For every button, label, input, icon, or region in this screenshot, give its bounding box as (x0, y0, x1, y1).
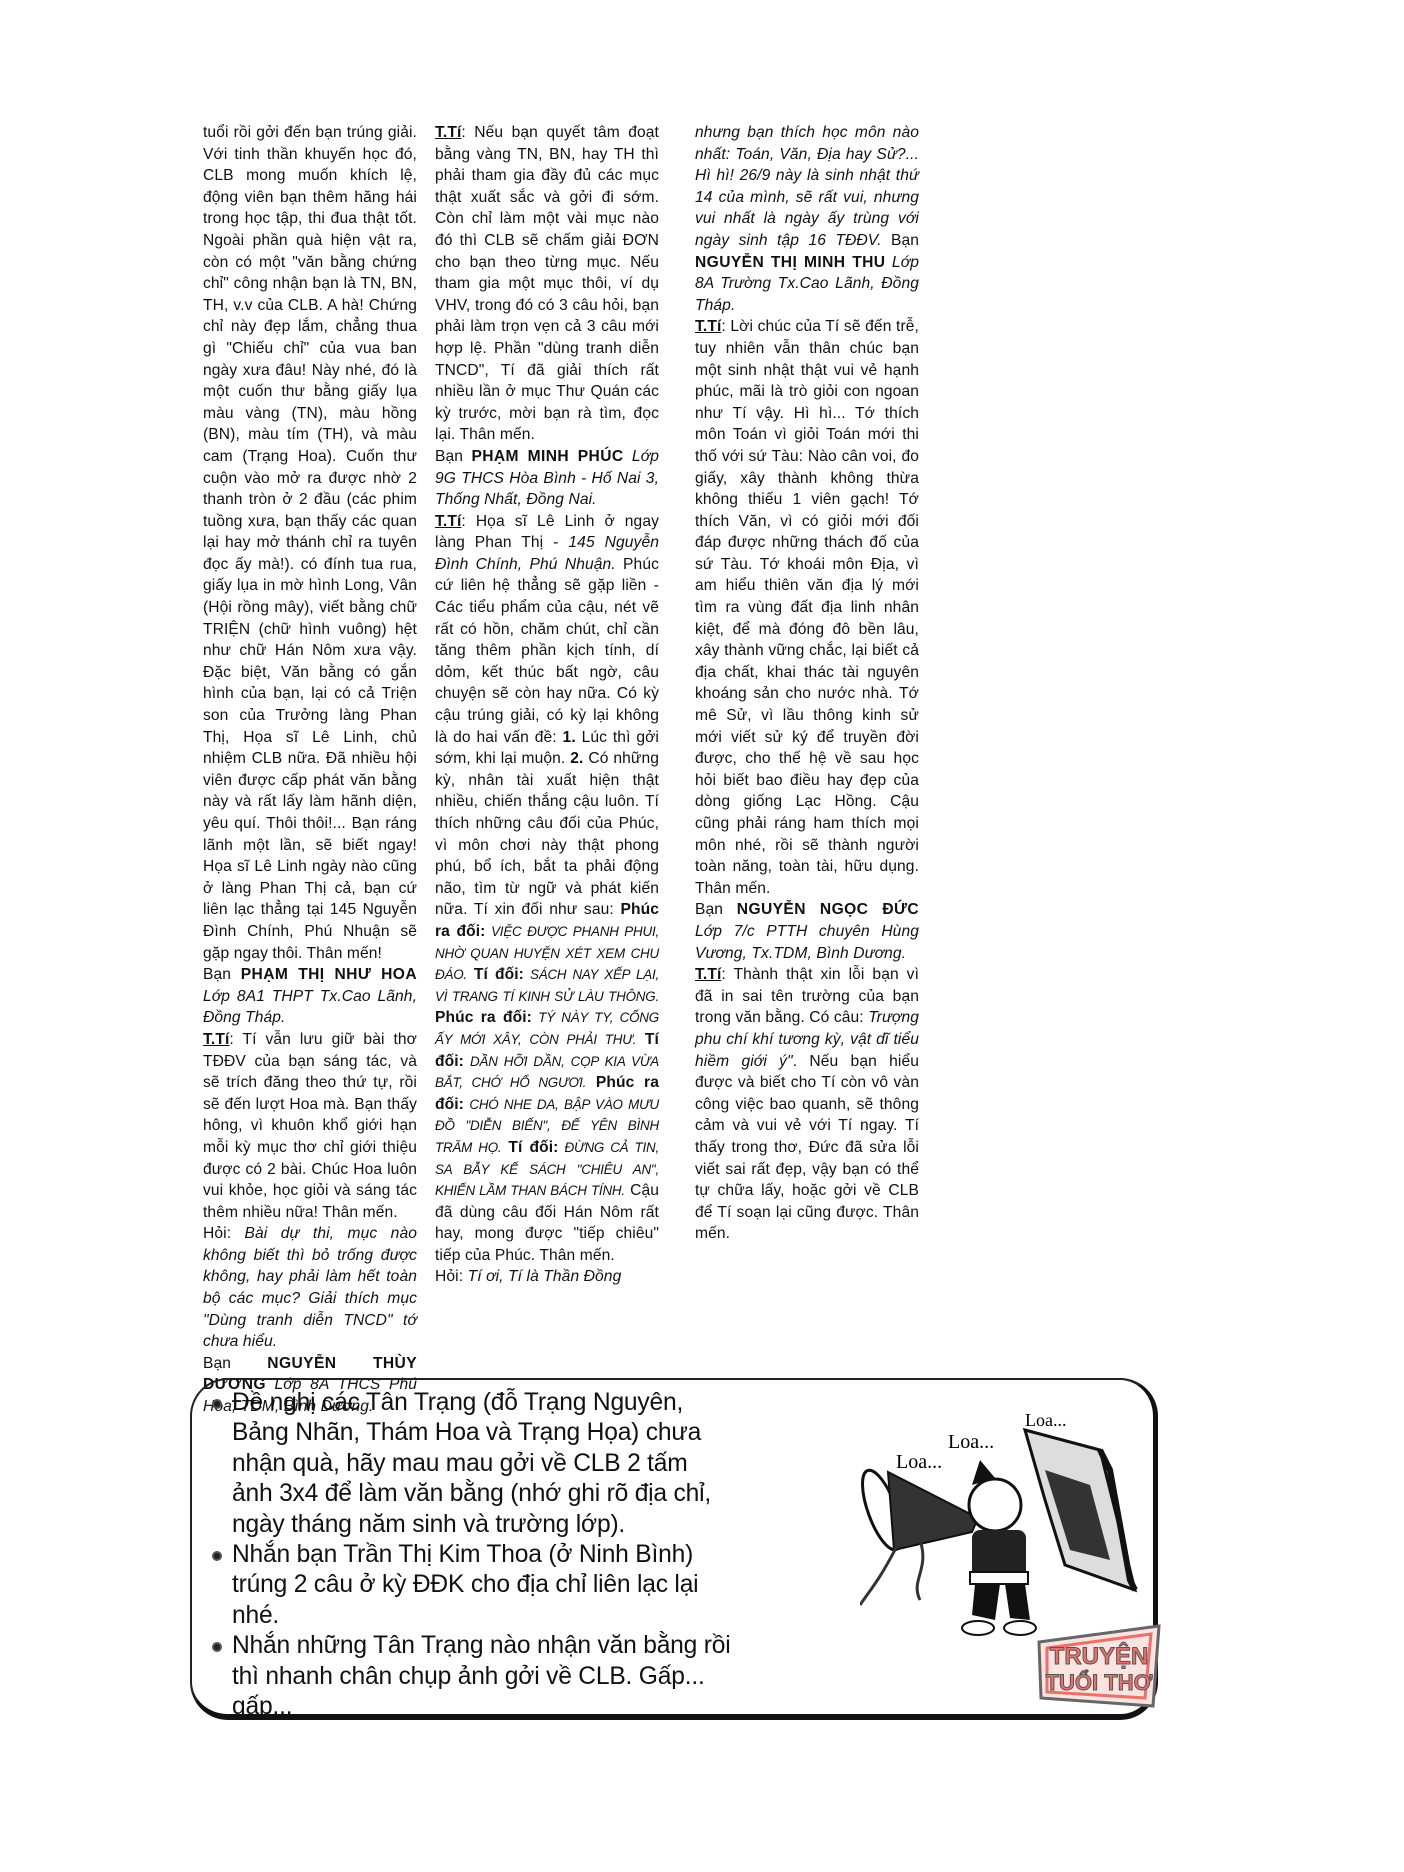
reply-label: T.Tí (435, 124, 461, 141)
reader-name: PHẠM MINH PHÚC (471, 448, 623, 465)
question-paragraph: Hỏi: Tí ơi, Tí là Thần Đồng (435, 1266, 659, 1288)
sound-text: Loa... (948, 1431, 994, 1453)
sound-text: Loa... (896, 1451, 942, 1473)
reader-letter-heading: Bạn PHẠM MINH PHÚC Lớp 9G THCS Hòa Bình … (435, 446, 659, 511)
couplet-label: Phúc ra đối: (435, 1009, 532, 1026)
reply-paragraph: T.Tí: Thành thật xin lỗi bạn vì đã in sa… (695, 964, 919, 1245)
notice-item: Đề nghị các Tân Trạng (đỗ Trạng Nguyên, … (212, 1388, 732, 1540)
notice-item: Nhắn những Tân Trạng nào nhận văn bằng r… (212, 1631, 732, 1722)
megaphone-icon (860, 1466, 978, 1605)
intro-paragraph: tuổi rồi gởi đến bạn trúng giải. Với tin… (203, 122, 417, 964)
article-column-2: T.Tí: Nếu bạn quyết tâm đoạt bằng vàng T… (435, 122, 659, 1288)
reader-school: Lớp 8A1 THPT Tx.Cao Lãnh, Đồng Tháp. (203, 988, 417, 1027)
sound-text: Loa... (1025, 1410, 1066, 1430)
reader-school: Lớp 7/c PTTH chuyên Hùng Vương, Tx.TDM, … (695, 923, 919, 962)
couplet-label: Tí đối: (467, 966, 524, 983)
bullet-icon (212, 1399, 222, 1409)
boy-character-icon (962, 1460, 1036, 1635)
reply-label: T.Tí (435, 513, 461, 530)
reply-label: T.Tí (695, 966, 721, 983)
reply-label: T.Tí (203, 1031, 229, 1048)
question-paragraph: Hỏi: Bài dự thi, mục nào không biết thì … (203, 1223, 417, 1353)
article-column-1: tuổi rồi gởi đến bạn trúng giải. Với tin… (203, 122, 417, 1418)
scroll-icon (1025, 1430, 1135, 1590)
reply-paragraph: T.Tí: Lời chúc của Tí sẽ đến trễ, tuy nh… (695, 316, 919, 899)
truyen-tuoi-tho-logo: TRUYỆN TUỔI THƠ (1035, 1620, 1165, 1715)
reader-name: NGUYỄN NGỌC ĐỨC (737, 901, 919, 918)
logo-line-2: TUỔI THƠ (1046, 1670, 1153, 1695)
notice-item: Nhắn bạn Trần Thị Kim Thoa (ở Ninh Bình)… (212, 1540, 732, 1631)
reply-paragraph: T.Tí: Tí vẫn lưu giữ bài thơ TĐĐV của bạ… (203, 1029, 417, 1223)
question-paragraph: nhưng bạn thích học môn nào nhất: Toán, … (695, 122, 919, 316)
megaphone-character-illustration: Loa... Loa... Loa... (860, 1390, 1160, 1650)
reply-paragraph: T.Tí: Họa sĩ Lê Linh ở ngay làng Phan Th… (435, 511, 659, 1267)
reader-name: PHẠM THỊ NHƯ HOA (241, 966, 417, 983)
bullet-icon (212, 1551, 222, 1561)
reader-name: NGUYỄN THỊ MINH THU (695, 254, 885, 271)
reader-letter-heading: Bạn NGUYỄN NGỌC ĐỨC Lớp 7/c PTTH chuyên … (695, 899, 919, 964)
article-column-3: nhưng bạn thích học môn nào nhất: Toán, … (695, 122, 919, 1245)
reply-paragraph: T.Tí: Nếu bạn quyết tâm đoạt bằng vàng T… (435, 122, 659, 446)
couplet-label: Tí đối: (501, 1139, 558, 1156)
logo-line-1: TRUYỆN (1050, 1642, 1149, 1670)
reader-letter-heading: Bạn PHẠM THỊ NHƯ HOA Lớp 8A1 THPT Tx.Cao… (203, 964, 417, 1029)
reply-label: T.Tí (695, 318, 721, 335)
notice-list: Đề nghị các Tân Trạng (đỗ Trạng Nguyên, … (212, 1388, 732, 1722)
bullet-icon (212, 1642, 222, 1652)
